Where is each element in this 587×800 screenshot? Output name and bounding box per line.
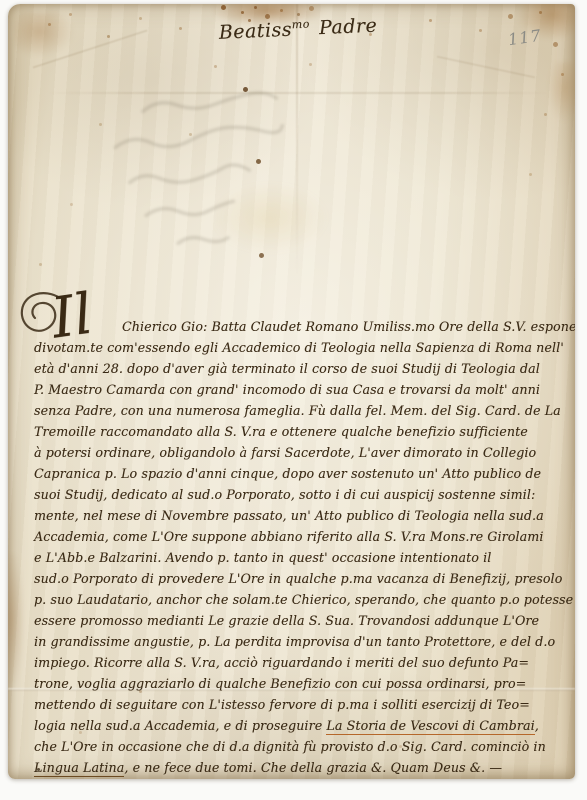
stain-left-edge xyxy=(8,554,26,684)
underlined-phrase: Lingua Latina xyxy=(34,760,124,777)
folio-number: 117 xyxy=(507,26,543,49)
salutation: BeatissmoPadre xyxy=(158,12,439,47)
text-line: mettendo di seguitare con L'istesso ferv… xyxy=(34,694,556,715)
stain-top-left xyxy=(14,12,78,60)
bleed-through-writing xyxy=(72,80,344,283)
text-line: Accademia, come L'Ore suppone abbiano ri… xyxy=(34,526,556,547)
text-line: essere promosso medianti Le grazie della… xyxy=(34,610,556,631)
line-text: mente, nel mese di Novembre passato, un'… xyxy=(34,508,544,523)
text-line: in grandissime angustie, p. La perdita i… xyxy=(34,631,556,652)
salutation-main: Beatiss xyxy=(218,19,292,44)
line-text: età d'anni 28. dopo d'aver già terminato… xyxy=(34,361,540,376)
underlined-phrase: La Storia de Vescovi di Cambrai xyxy=(326,718,534,735)
text-line: e L'Abb.e Balzarini. Avendo p. tanto in … xyxy=(34,547,556,568)
text-line: Capranica p. Lo spazio d'anni cinque, do… xyxy=(34,463,556,484)
salutation-rest: Padre xyxy=(319,15,378,40)
line-text: suoi Studij, dedicato al sud.o Porporato… xyxy=(34,487,535,502)
manuscript-page: 117 BeatissmoPadre Il Chierico Gio: Batt… xyxy=(8,4,575,779)
foxing-spots xyxy=(8,4,11,7)
line-text: trone, voglia aggraziarlo di qualche Ben… xyxy=(34,676,526,691)
text-line: suoi Studij, dedicato al sud.o Porporato… xyxy=(34,484,556,505)
line-text: Capranica p. Lo spazio d'anni cinque, do… xyxy=(34,466,541,481)
crease-diagonal-right xyxy=(437,56,535,78)
line-text: Chierico Gio: Batta Claudet Romano Umili… xyxy=(122,319,575,334)
text-line: sud.o Porporato di provedere L'Ore in qu… xyxy=(34,568,556,589)
letter-body: Il Chierico Gio: Batta Claudet Romano Um… xyxy=(34,316,556,778)
text-line: senza Padre, con una numerosa fameglia. … xyxy=(34,400,556,421)
text-line: mente, nel mese di Novembre passato, un'… xyxy=(34,505,556,526)
line-text: e L'Abb.e Balzarini. Avendo p. tanto in … xyxy=(34,550,491,565)
stain-right-edge xyxy=(546,62,575,126)
text-line: impiego. Ricorre alla S. V.ra, acciò rig… xyxy=(34,652,556,673)
line-text: sud.o Porporato di provedere L'Ore in qu… xyxy=(34,571,562,586)
text-line: à potersi ordinare, obligandolo à farsi … xyxy=(34,442,556,463)
line-text: , xyxy=(535,718,539,733)
text-line: che L'Ore in occasione che di d.a dignit… xyxy=(34,736,556,757)
line-text: Tremoille raccomandato alla S. V.ra e ot… xyxy=(34,424,528,439)
text-line: Tremoille raccomandato alla S. V.ra e ot… xyxy=(34,421,556,442)
text-line: Chierico Gio: Batta Claudet Romano Umili… xyxy=(34,316,556,337)
line-text: P. Maestro Camarda con grand' incomodo d… xyxy=(34,382,540,397)
line-text: mettendo di seguitare con L'istesso ferv… xyxy=(34,697,530,712)
line-text: essere promosso medianti Le grazie della… xyxy=(34,613,539,628)
text-line: Lingua Latina, e ne fece due tomi. Che d… xyxy=(34,757,556,778)
line-text: à potersi ordinare, obligandolo à farsi … xyxy=(34,445,536,460)
salutation-superscript: mo xyxy=(291,17,310,31)
text-line: età d'anni 28. dopo d'aver già terminato… xyxy=(34,358,556,379)
text-line: p. suo Laudatario, anchor che solam.te C… xyxy=(34,589,556,610)
line-text: Accademia, come L'Ore suppone abbiano ri… xyxy=(34,529,543,544)
text-line: logia nella sud.a Accademia, e di proseg… xyxy=(34,715,556,736)
line-text: , e ne fece due tomi. Che della grazia &… xyxy=(124,760,502,775)
crease-diagonal-left xyxy=(33,29,148,68)
line-text: p. suo Laudatario, anchor che solam.te C… xyxy=(34,592,573,607)
line-text: senza Padre, con una numerosa fameglia. … xyxy=(34,403,561,418)
text-line: divotam.te com'essendo egli Accademico d… xyxy=(34,337,556,358)
line-text: che L'Ore in occasione che di d.a dignit… xyxy=(34,739,546,754)
line-text: divotam.te com'essendo egli Accademico d… xyxy=(34,340,564,355)
text-line: P. Maestro Camarda con grand' incomodo d… xyxy=(34,379,556,400)
text-line: trone, voglia aggraziarlo di qualche Ben… xyxy=(34,673,556,694)
line-text: impiego. Ricorre alla S. V.ra, acciò rig… xyxy=(34,655,529,670)
line-text: in grandissime angustie, p. La perdita i… xyxy=(34,634,555,649)
line-text: logia nella sud.a Accademia, e di proseg… xyxy=(34,718,326,733)
